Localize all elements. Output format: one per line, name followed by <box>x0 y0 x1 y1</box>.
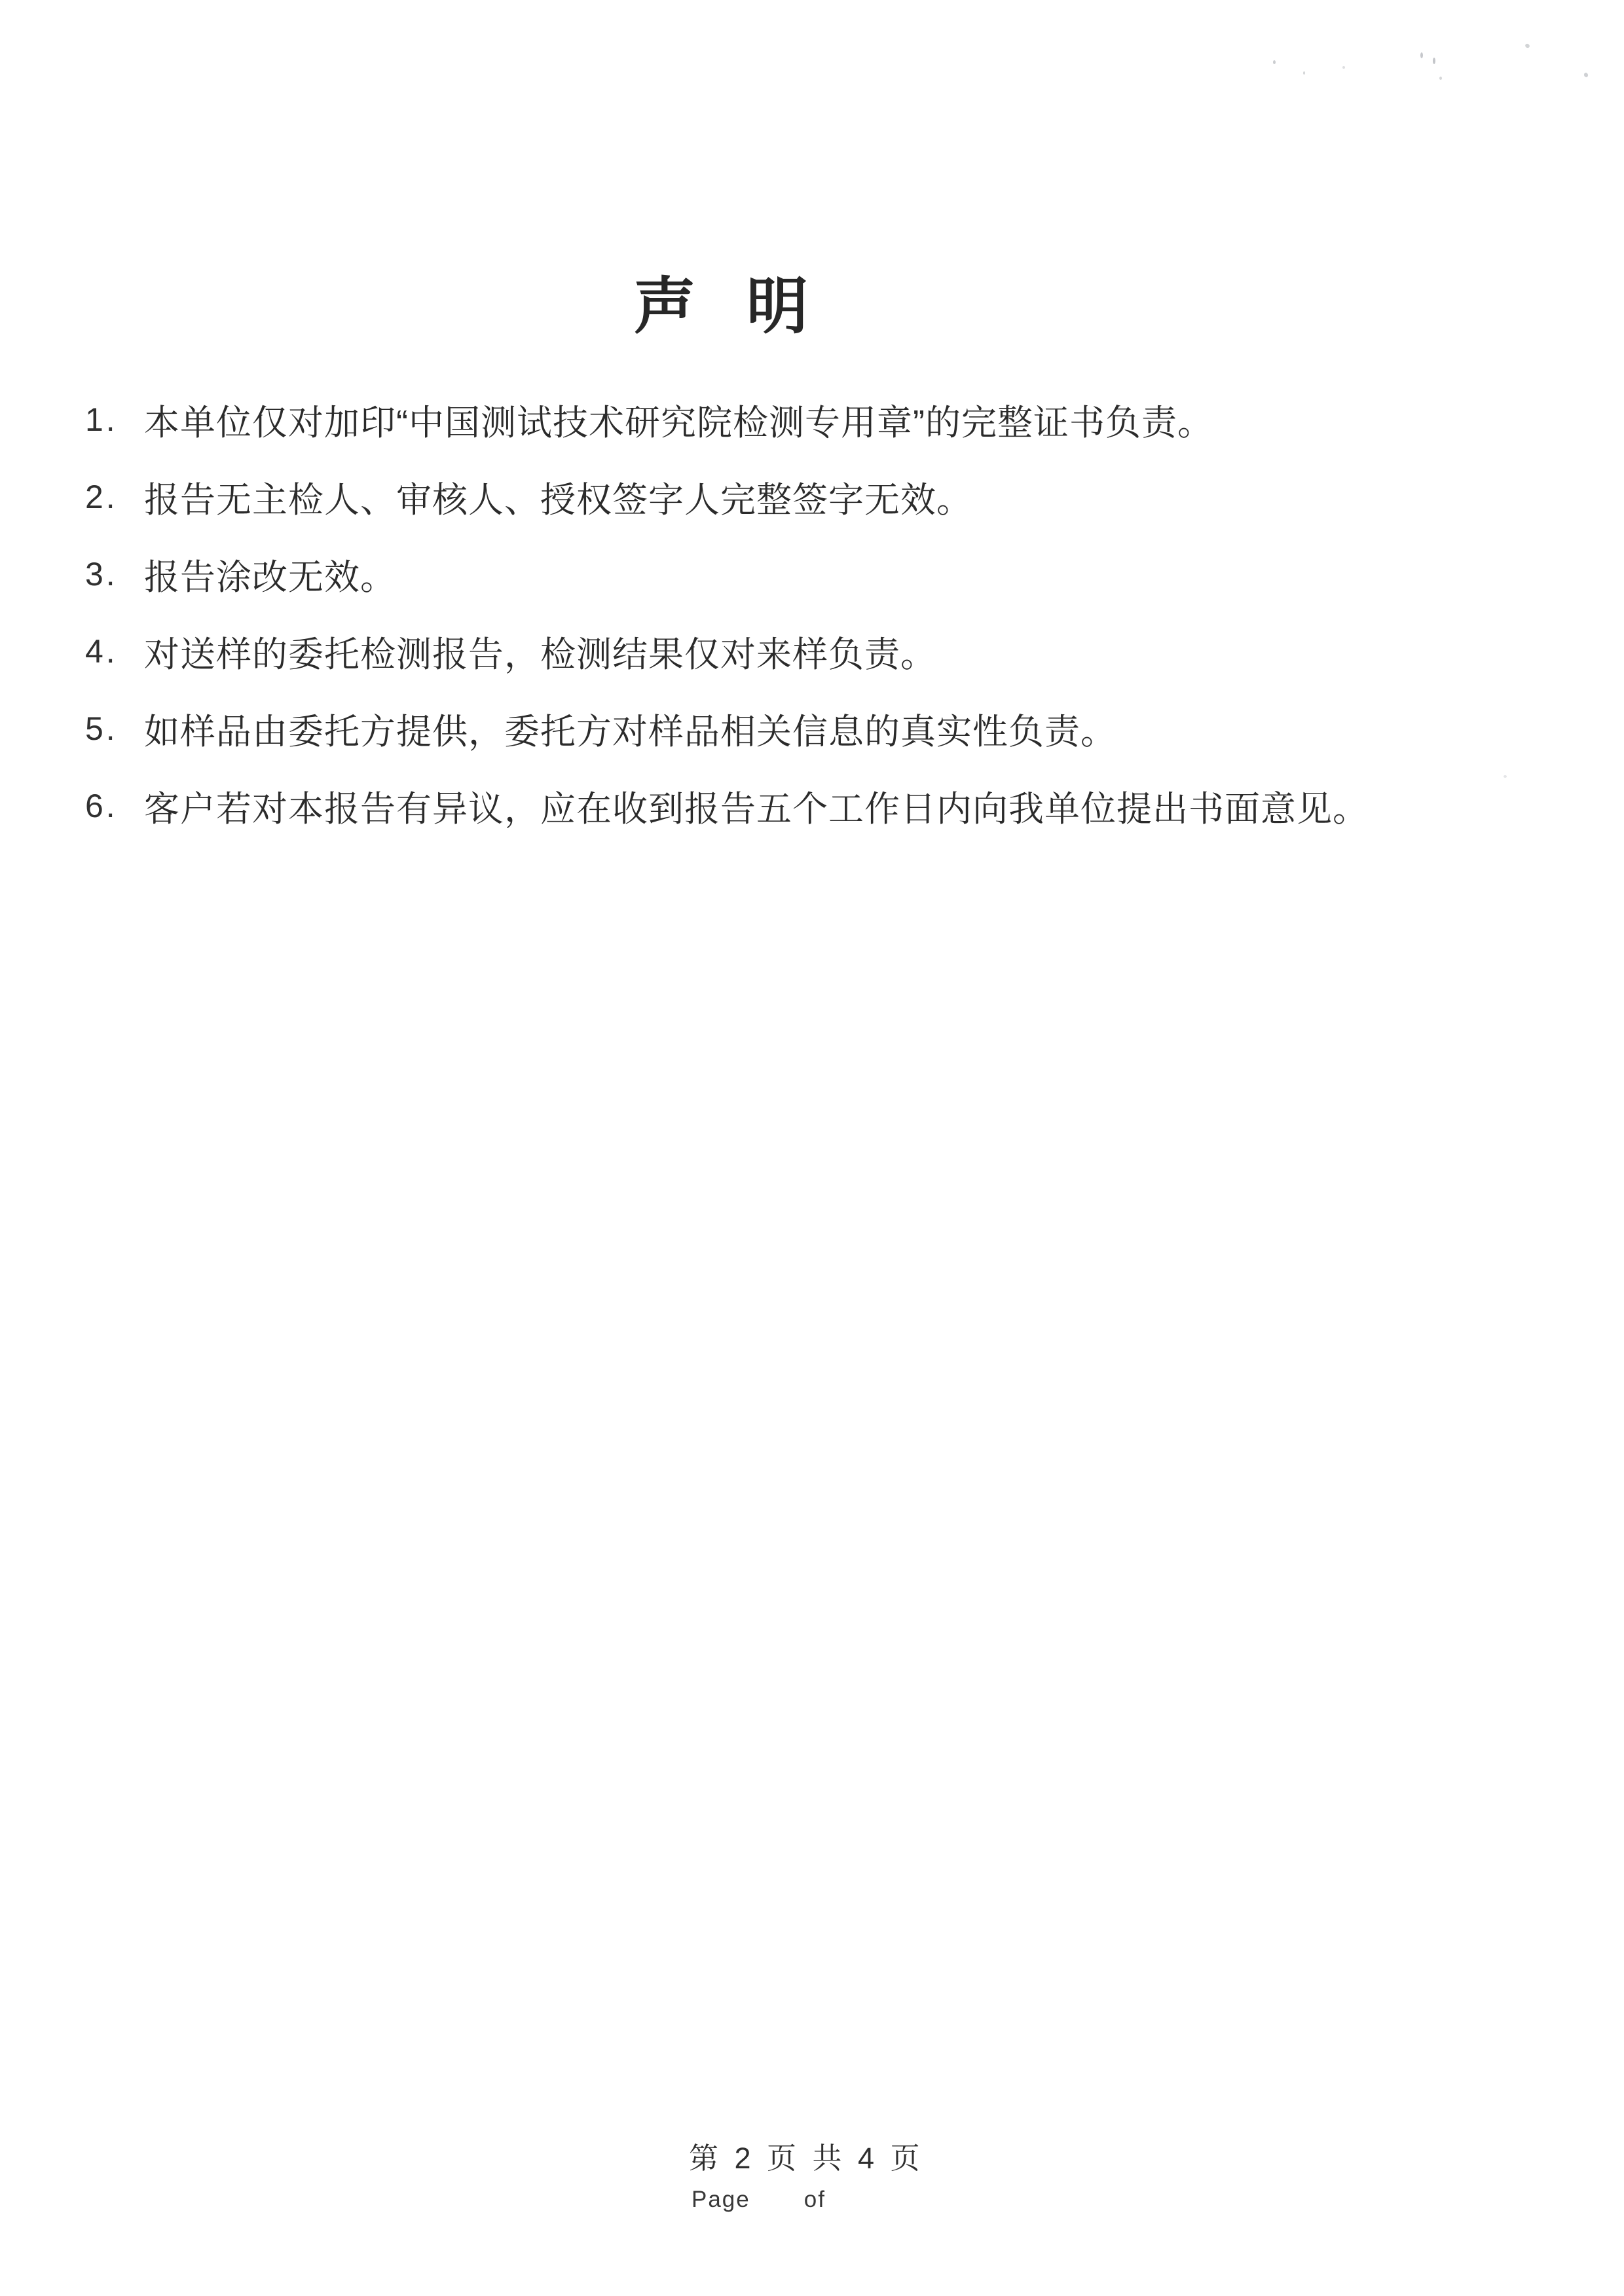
item-4-text: 对送样的委托检测报告，检测结果仅对来样负责。 <box>144 627 936 677</box>
page-title: 声明 <box>634 257 859 345</box>
scan-speckle <box>1303 71 1305 75</box>
declaration-item-6: 6. 客户若对本报告有异议，应在收到报告五个工作日内向我单位提出书面意见。 <box>85 767 1369 845</box>
item-6-text: 客户若对本报告有异议，应在收到报告五个工作日内向我单位提出书面意见。 <box>144 781 1369 831</box>
footer-page-number-en: Page of <box>692 2187 826 2213</box>
item-5-text: 如样品由委托方提供，委托方对样品相关信息的真实性负责。 <box>144 704 1116 754</box>
item-3-number: 3. <box>85 555 144 593</box>
declaration-item-2: 2. 报告无主检人、审核人、授权签字人完整签字无效。 <box>85 458 1369 536</box>
scan-speckle <box>1524 43 1530 49</box>
item-1-number: 1. <box>85 401 144 439</box>
declaration-list: 1. 本单位仅对加印“中国测试技术研究院检测专用章”的完整证书负责。 2. 报告… <box>85 381 1369 845</box>
item-2-text: 报告无主检人、审核人、授权签字人完整签字无效。 <box>144 472 972 522</box>
footer-of-label: of <box>804 2187 826 2213</box>
item-2-number: 2. <box>85 478 144 516</box>
declaration-item-1: 1. 本单位仅对加印“中国测试技术研究院检测专用章”的完整证书负责。 <box>85 381 1369 458</box>
item-3-text: 报告涂改无效。 <box>144 549 396 600</box>
item-6-number: 6. <box>85 787 144 825</box>
scan-speckle <box>1433 58 1435 64</box>
document-page: 声明 1. 本单位仅对加印“中国测试技术研究院检测专用章”的完整证书负责。 2.… <box>0 0 1624 2296</box>
item-5-number: 5. <box>85 710 144 748</box>
scan-speckle <box>1342 66 1345 69</box>
scan-speckle <box>1420 52 1423 58</box>
item-4-number: 4. <box>85 632 144 670</box>
declaration-item-5: 5. 如样品由委托方提供，委托方对样品相关信息的真实性负责。 <box>85 690 1369 767</box>
declaration-item-3: 3. 报告涂改无效。 <box>85 536 1369 613</box>
scan-speckle <box>1273 60 1276 64</box>
footer-page-number-zh: 第 2 页 共 4 页 <box>689 2134 924 2177</box>
scan-speckle <box>1583 72 1589 78</box>
footer-page-label: Page <box>692 2187 750 2213</box>
item-1-text: 本单位仅对加印“中国测试技术研究院检测专用章”的完整证书负责。 <box>144 395 1213 445</box>
scan-speckle <box>1504 775 1507 778</box>
scan-speckle <box>1439 77 1442 80</box>
declaration-item-4: 4. 对送样的委托检测报告，检测结果仅对来样负责。 <box>85 613 1369 690</box>
